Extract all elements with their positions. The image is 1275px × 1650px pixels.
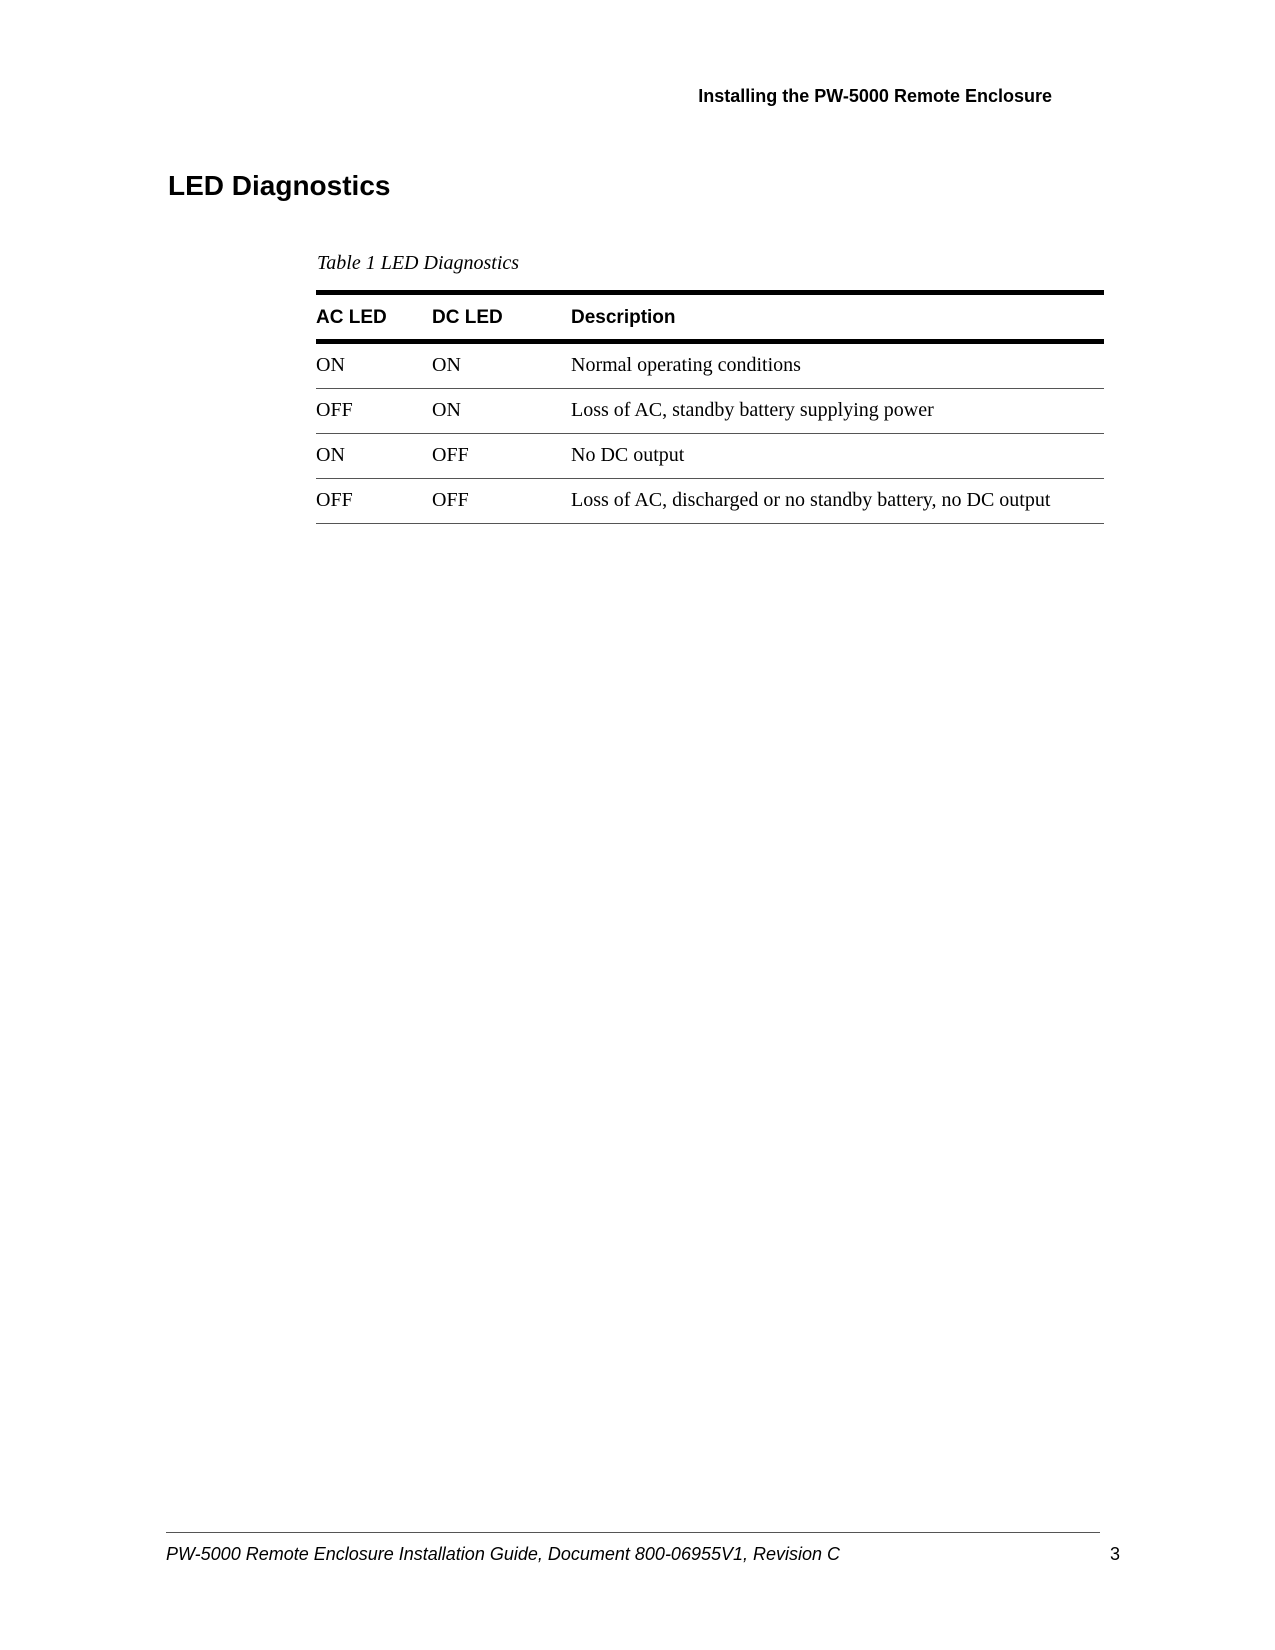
dc-led-cell: OFF	[432, 434, 571, 479]
ac-led-cell: ON	[316, 434, 432, 479]
column-header-description: Description	[571, 293, 1104, 342]
description-cell: Loss of AC, standby battery supplying po…	[571, 389, 1104, 434]
table-row: ON ON Normal operating conditions	[316, 342, 1104, 389]
table-row: OFF ON Loss of AC, standby battery suppl…	[316, 389, 1104, 434]
description-cell: No DC output	[571, 434, 1104, 479]
ac-led-cell: OFF	[316, 479, 432, 524]
table-caption: Table 1 LED Diagnostics	[317, 252, 519, 275]
running-header: Installing the PW-5000 Remote Enclosure	[698, 86, 1052, 107]
page-number: 3	[1110, 1544, 1120, 1565]
description-cell: Loss of AC, discharged or no standby bat…	[571, 479, 1104, 524]
dc-led-cell: ON	[432, 342, 571, 389]
page-title: LED Diagnostics	[168, 170, 390, 202]
column-header-dc-led: DC LED	[432, 293, 571, 342]
table-row: ON OFF No DC output	[316, 434, 1104, 479]
dc-led-cell: OFF	[432, 479, 571, 524]
ac-led-cell: ON	[316, 342, 432, 389]
led-diagnostics-table: AC LED DC LED Description ON ON Normal o…	[316, 290, 1104, 524]
ac-led-cell: OFF	[316, 389, 432, 434]
dc-led-cell: ON	[432, 389, 571, 434]
table-header-row: AC LED DC LED Description	[316, 293, 1104, 342]
footer-divider	[166, 1532, 1100, 1533]
description-cell: Normal operating conditions	[571, 342, 1104, 389]
table-row: OFF OFF Loss of AC, discharged or no sta…	[316, 479, 1104, 524]
column-header-ac-led: AC LED	[316, 293, 432, 342]
footer-document-info: PW-5000 Remote Enclosure Installation Gu…	[166, 1544, 840, 1565]
